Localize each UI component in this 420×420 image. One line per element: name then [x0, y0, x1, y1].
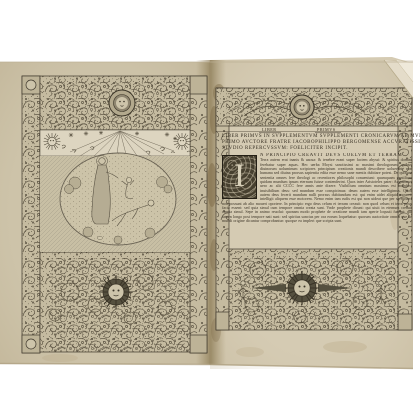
heading-line-1: LIBER PRIMVS IN SVPPLEMENTVM SVPPLEMENTI… [222, 134, 420, 139]
folio-number: 1 [404, 127, 406, 132]
cherub-face-medallion-right [290, 95, 314, 119]
incipit-text-block: I N PRINCIPIO CREAVIT DEVS COELVM ET TER… [222, 153, 412, 250]
heading-line-3: STVDIO REPERCVSSVM: FOELICITER INCIPIT. [222, 146, 348, 151]
rabbit [97, 237, 102, 240]
running-head-right: PRIMVS [317, 127, 336, 132]
sun-face-medallion-left [99, 275, 133, 309]
book-photograph: LIBER PRIMVS 1 LIBER PRIMVS IN SVPPLEMEN… [0, 0, 420, 420]
heading-line-2: PRIMO AVCTORE FRATRE IACOBOPHILIPPO BERG… [222, 140, 420, 145]
cherub-face-medallion-left [109, 90, 135, 116]
running-head-left: LIBER [262, 127, 277, 132]
decorated-initial-I: I [222, 155, 257, 199]
creation-of-adam-and-eve-woodcut [40, 130, 191, 252]
